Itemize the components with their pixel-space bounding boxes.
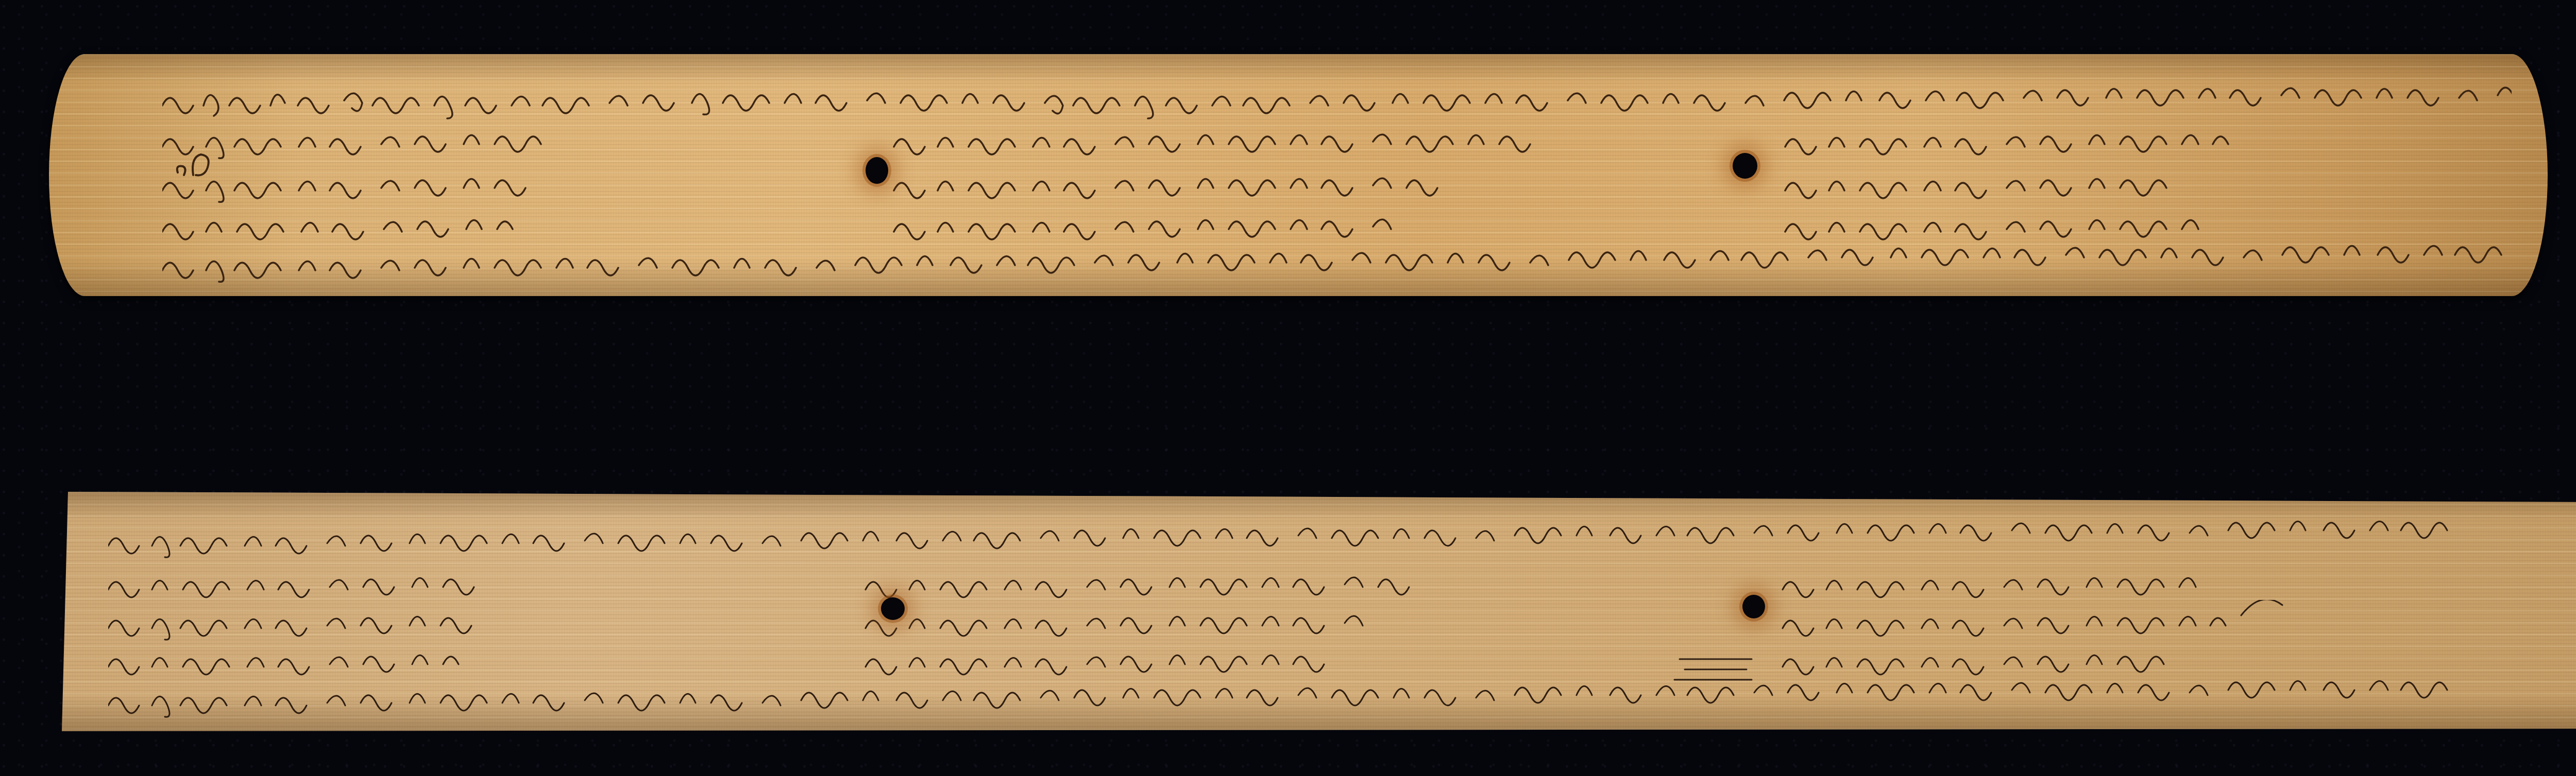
text-row-4 xyxy=(162,203,2512,250)
text-row-4 xyxy=(108,639,2458,685)
binding-hole-right xyxy=(1733,153,1757,179)
text-row-1 xyxy=(108,520,2458,566)
text-row-2 xyxy=(162,118,2512,165)
manuscript-scene xyxy=(0,0,2576,776)
text-row-1 xyxy=(162,75,2512,121)
text-row-3 xyxy=(162,162,2512,209)
palm-leaf-top xyxy=(49,54,2548,296)
binding-hole-left xyxy=(866,157,888,184)
binding-hole-left xyxy=(881,597,905,620)
binding-hole-right xyxy=(1742,595,1765,618)
palm-leaf-bottom xyxy=(62,492,2576,731)
text-row-5 xyxy=(108,680,2458,726)
text-row-5 xyxy=(162,245,2512,291)
